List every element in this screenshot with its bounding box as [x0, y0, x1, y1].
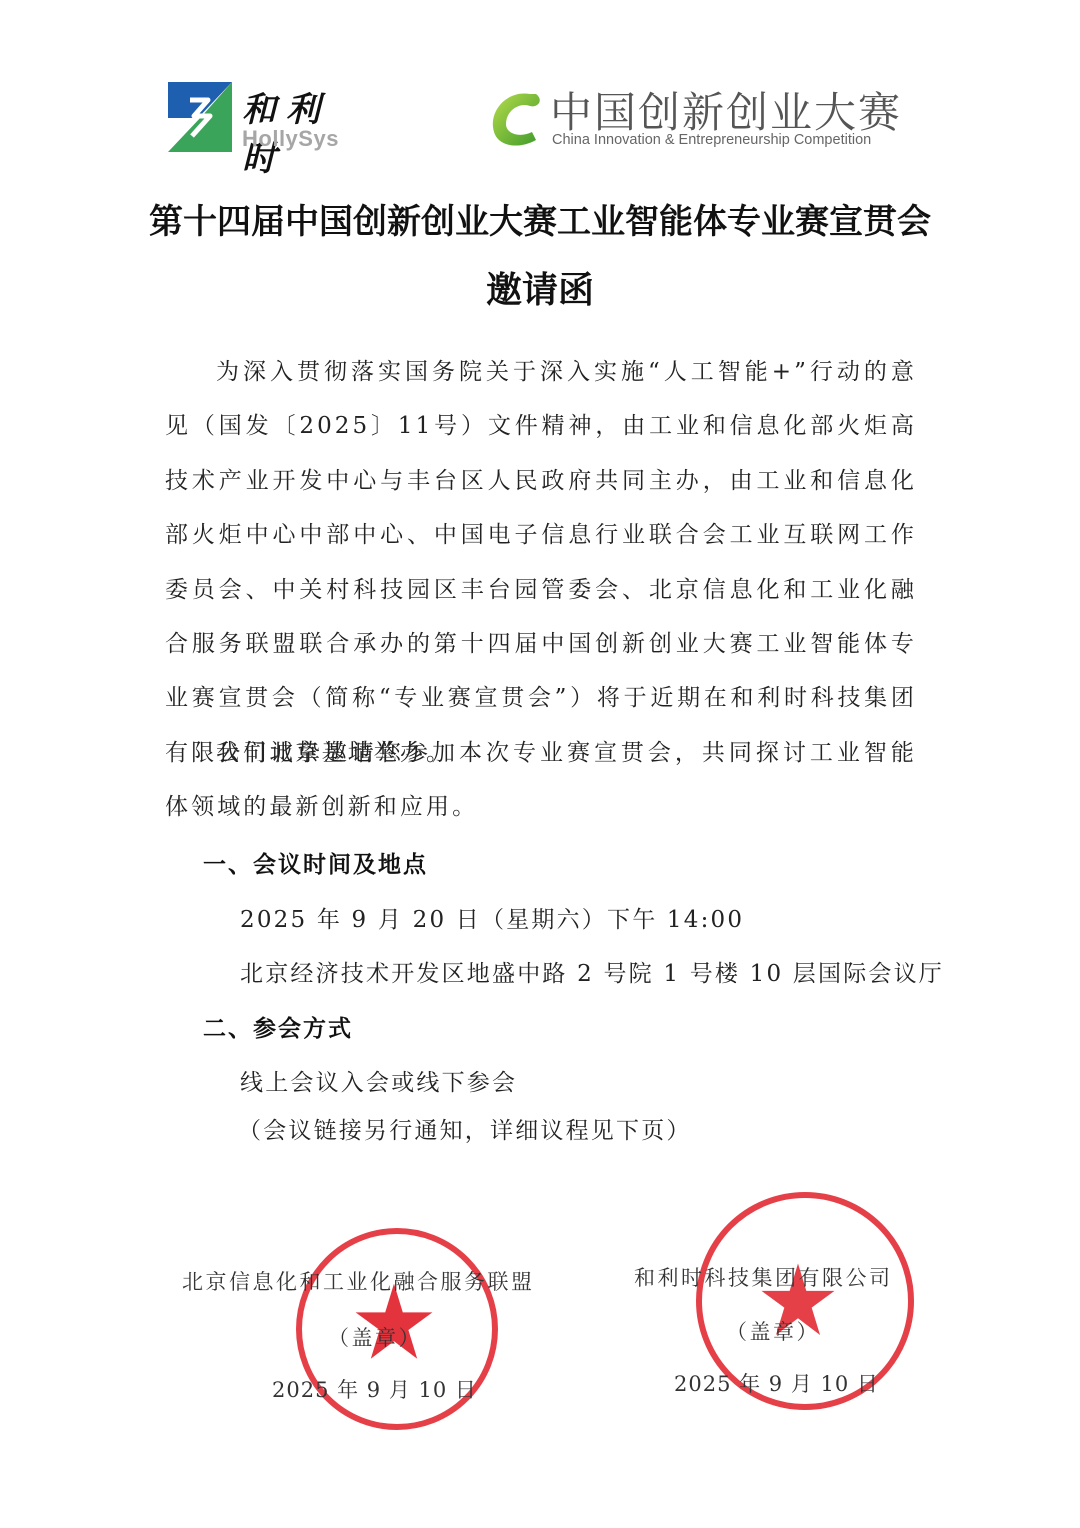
signature-stamp-note-hollysys: （盖章）	[726, 1316, 820, 1346]
section-heading-attendance: 二、参会方式	[203, 1010, 353, 1043]
signature-date-hollysys: 2025 年 9 月 10 日	[674, 1368, 879, 1398]
competition-c-mark-icon	[486, 88, 548, 150]
meeting-location: 北京经济技术开发区地盛中路 2 号院 1 号楼 10 层国际会议厅	[240, 955, 944, 988]
invitation-paragraph: 我们诚挚邀请您参加本次专业赛宣贯会，共同探讨工业智能体领域的最新创新和应用。	[165, 726, 917, 835]
signature-stamp-note-alliance: （盖章）	[328, 1322, 422, 1352]
attendance-mode: 线上会议入会或线下参会	[240, 1064, 517, 1097]
hollysys-mark-icon	[168, 82, 232, 152]
document-subtitle: 邀请函	[0, 262, 1080, 313]
competition-english-name: China Innovation & Entrepreneurship Comp…	[552, 132, 871, 148]
competition-chinese-name: 中国创新创业大赛	[550, 80, 902, 140]
intro-paragraph: 为深入贯彻落实国务院关于深入实施“人工智能+”行动的意见（国发〔2025〕11号…	[165, 345, 917, 780]
meeting-time: 2025 年 9 月 20 日（星期六）下午 14:00	[240, 901, 744, 934]
attendance-note: （会议链接另行通知，详细议程见下页）	[238, 1112, 692, 1145]
section-heading-time-place: 一、会议时间及地点	[203, 846, 428, 879]
signature-date-alliance: 2025 年 9 月 10 日	[272, 1374, 477, 1404]
hollysys-english-name: HollySys	[242, 126, 339, 152]
hollysys-logo: 和利时 HollySys	[168, 80, 358, 154]
document-title: 第十四届中国创新创业大赛工业智能体专业赛宣贯会	[0, 194, 1080, 243]
competition-logo: 中国创新创业大赛 China Innovation & Entrepreneur…	[486, 80, 916, 154]
signature-org-hollysys: 和利时科技集团有限公司	[634, 1262, 893, 1292]
signature-org-alliance: 北京信息化和工业化融合服务联盟	[182, 1266, 535, 1296]
